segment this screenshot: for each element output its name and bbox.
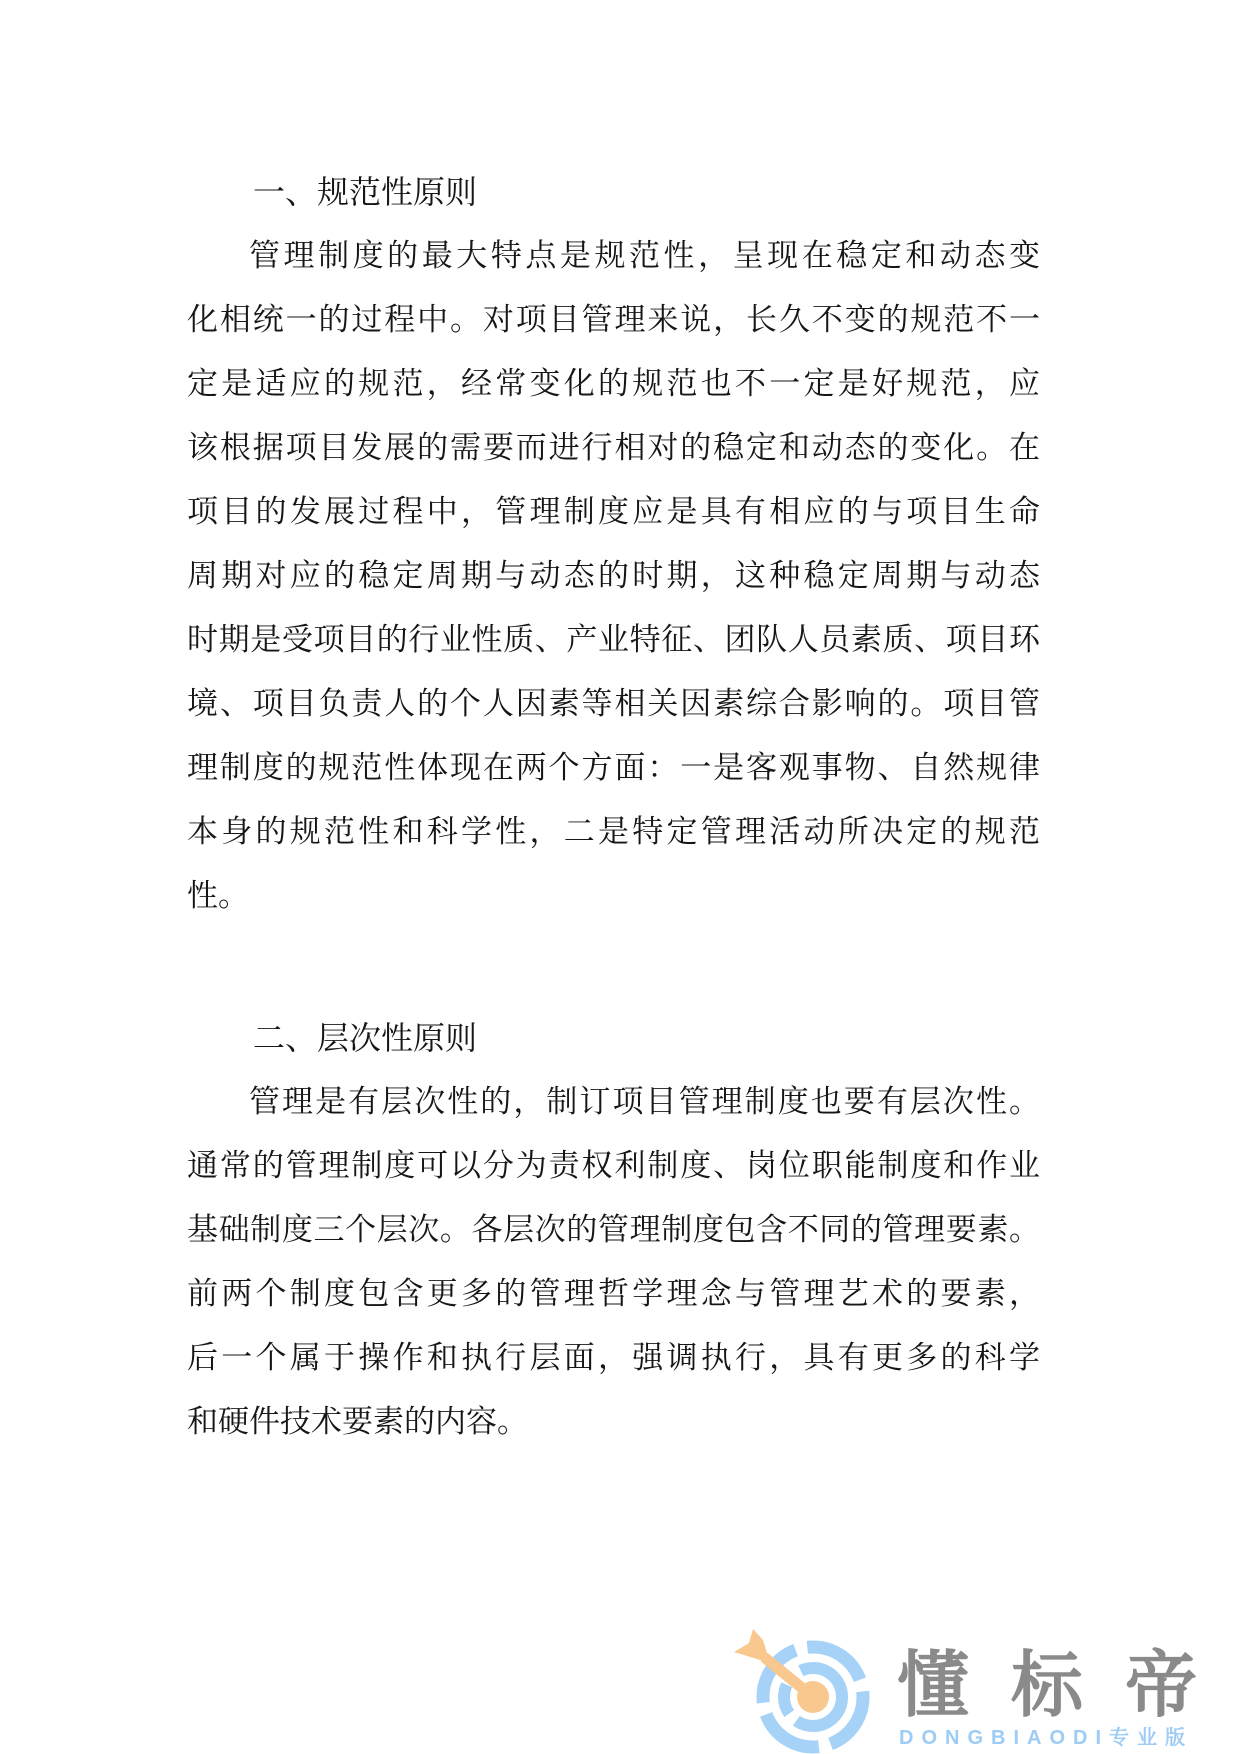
text-line: 后一个属于操作和执行层面，强调执行，具有更多的科学 <box>187 1326 1040 1390</box>
text-line: 境、项目负责人的个人因素等相关因素综合影响的。项目管 <box>187 672 1040 736</box>
text-line: 通常的管理制度可以分为责权利制度、岗位职能制度和作业 <box>187 1134 1040 1198</box>
text-line: 管理制度的最大特点是规范性，呈现在稳定和动态变 <box>187 224 1040 288</box>
text-line: 时期是受项目的行业性质、产业特征、团队人员素质、项目环 <box>187 608 1040 672</box>
text-line: 和硬件技术要素的内容。 <box>187 1390 1040 1454</box>
document-page: 一、规范性原则 管理制度的最大特点是规范性，呈现在稳定和动态变 化相统一的过程中… <box>0 0 1241 1754</box>
section-heading: 一、规范性原则 <box>187 160 1040 224</box>
text-line: 理制度的规范性体现在两个方面：一是客观事物、自然规律 <box>187 736 1040 800</box>
section-heading: 二、层次性原则 <box>187 1006 1040 1070</box>
text-line: 管理是有层次性的，制订项目管理制度也要有层次性。 <box>187 1070 1040 1134</box>
text-line: 周期对应的稳定周期与动态的时期，这种稳定周期与动态 <box>187 544 1040 608</box>
watermark-title: 懂标帝 <box>897 1650 1239 1722</box>
bullseye-dot <box>797 1681 829 1713</box>
dart-target-icon <box>730 1628 870 1754</box>
text-line: 定是适应的规范，经常变化的规范也不一定是好规范，应 <box>187 352 1040 416</box>
text-line: 该根据项目发展的需要而进行相对的稳定和动态的变化。在 <box>187 416 1040 480</box>
document-body: 一、规范性原则 管理制度的最大特点是规范性，呈现在稳定和动态变 化相统一的过程中… <box>187 160 1040 1454</box>
text-line: 性。 <box>187 864 1040 928</box>
dart-fletching <box>734 1629 770 1663</box>
watermark-subtitle: DONGBIAODI专业版 <box>899 1726 1193 1750</box>
text-line: 前两个制度包含更多的管理哲学理念与管理艺术的要素， <box>187 1262 1040 1326</box>
text-line: 本身的规范性和科学性，二是特定管理活动所决定的规范 <box>187 800 1040 864</box>
text-line: 项目的发展过程中，管理制度应是具有相应的与项目生命 <box>187 480 1040 544</box>
text-line: 基础制度三个层次。各层次的管理制度包含不同的管理要素。 <box>187 1198 1040 1262</box>
text-line: 化相统一的过程中。对项目管理来说，长久不变的规范不一 <box>187 288 1040 352</box>
